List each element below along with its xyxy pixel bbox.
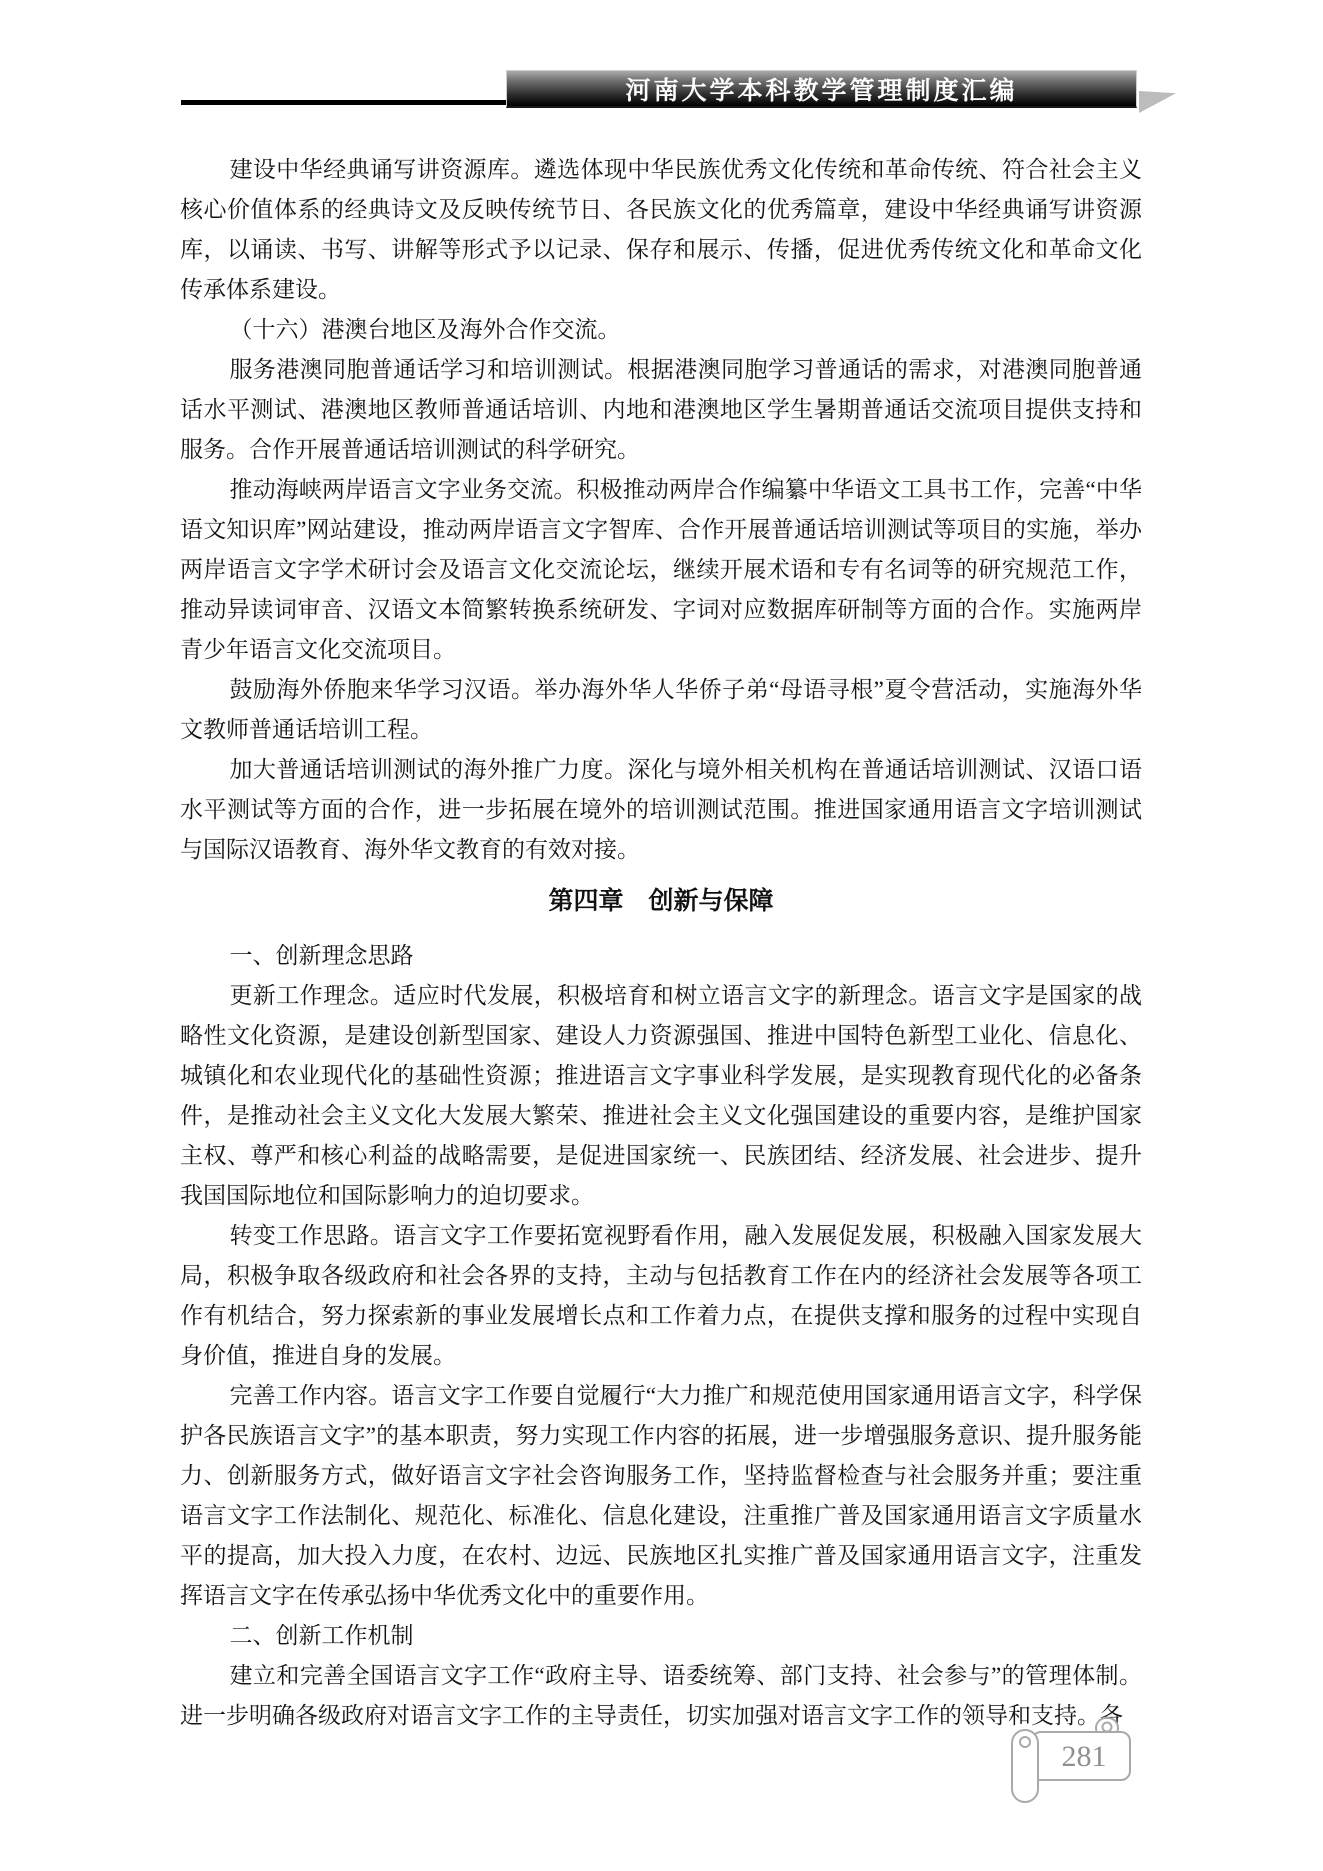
scroll-left-roll <box>1012 1730 1038 1802</box>
paragraph: 建立和完善全国语言文字工作“政府主导、语委统筹、部门支持、社会参与”的管理体制。… <box>180 1656 1142 1736</box>
paragraph: 服务港澳同胞普通话学习和培训测试。根据港澳同胞学习普通话的需求，对港澳同胞普通话… <box>180 350 1142 470</box>
page-number-scroll-icon: 281 <box>1008 1714 1134 1806</box>
paragraph: 完善工作内容。语言文字工作要自觉履行“大力推广和规范使用国家通用语言文字，科学保… <box>180 1376 1142 1616</box>
header-banner: 河南大学本科教学管理制度汇编 <box>506 70 1137 108</box>
page-number: 281 <box>1062 1740 1107 1773</box>
header-rule-line <box>181 100 507 105</box>
paragraph: 鼓励海外侨胞来华学习汉语。举办海外华人华侨子弟“母语寻根”夏令营活动，实施海外华… <box>180 670 1142 750</box>
paragraph: 转变工作思路。语言文字工作要拓宽视野看作用，融入发展促发展，积极融入国家发展大局… <box>180 1216 1142 1376</box>
paragraph: 更新工作理念。适应时代发展，积极培育和树立语言文字的新理念。语言文字是国家的战略… <box>180 976 1142 1216</box>
banner-arrow-icon <box>1139 91 1176 113</box>
paragraph: 加大普通话培训测试的海外推广力度。深化与境外相关机构在普通话培训测试、汉语口语水… <box>180 750 1142 870</box>
header-banner-title: 河南大学本科教学管理制度汇编 <box>625 71 1017 107</box>
section-title: 一、创新理念思路 <box>180 936 1142 976</box>
chapter-heading: 第四章 创新与保障 <box>180 882 1142 922</box>
paragraph: 建设中华经典诵写讲资源库。遴选体现中华民族优秀文化传统和革命传统、符合社会主义核… <box>180 150 1142 310</box>
section-title: 二、创新工作机制 <box>180 1616 1142 1656</box>
document-body: 建设中华经典诵写讲资源库。遴选体现中华民族优秀文化传统和革命传统、符合社会主义核… <box>180 150 1142 1736</box>
paragraph: （十六）港澳台地区及海外合作交流。 <box>180 310 1142 350</box>
paragraph: 推动海峡两岸语言文字业务交流。积极推动两岸合作编纂中华语文工具书工作，完善“中华… <box>180 470 1142 670</box>
